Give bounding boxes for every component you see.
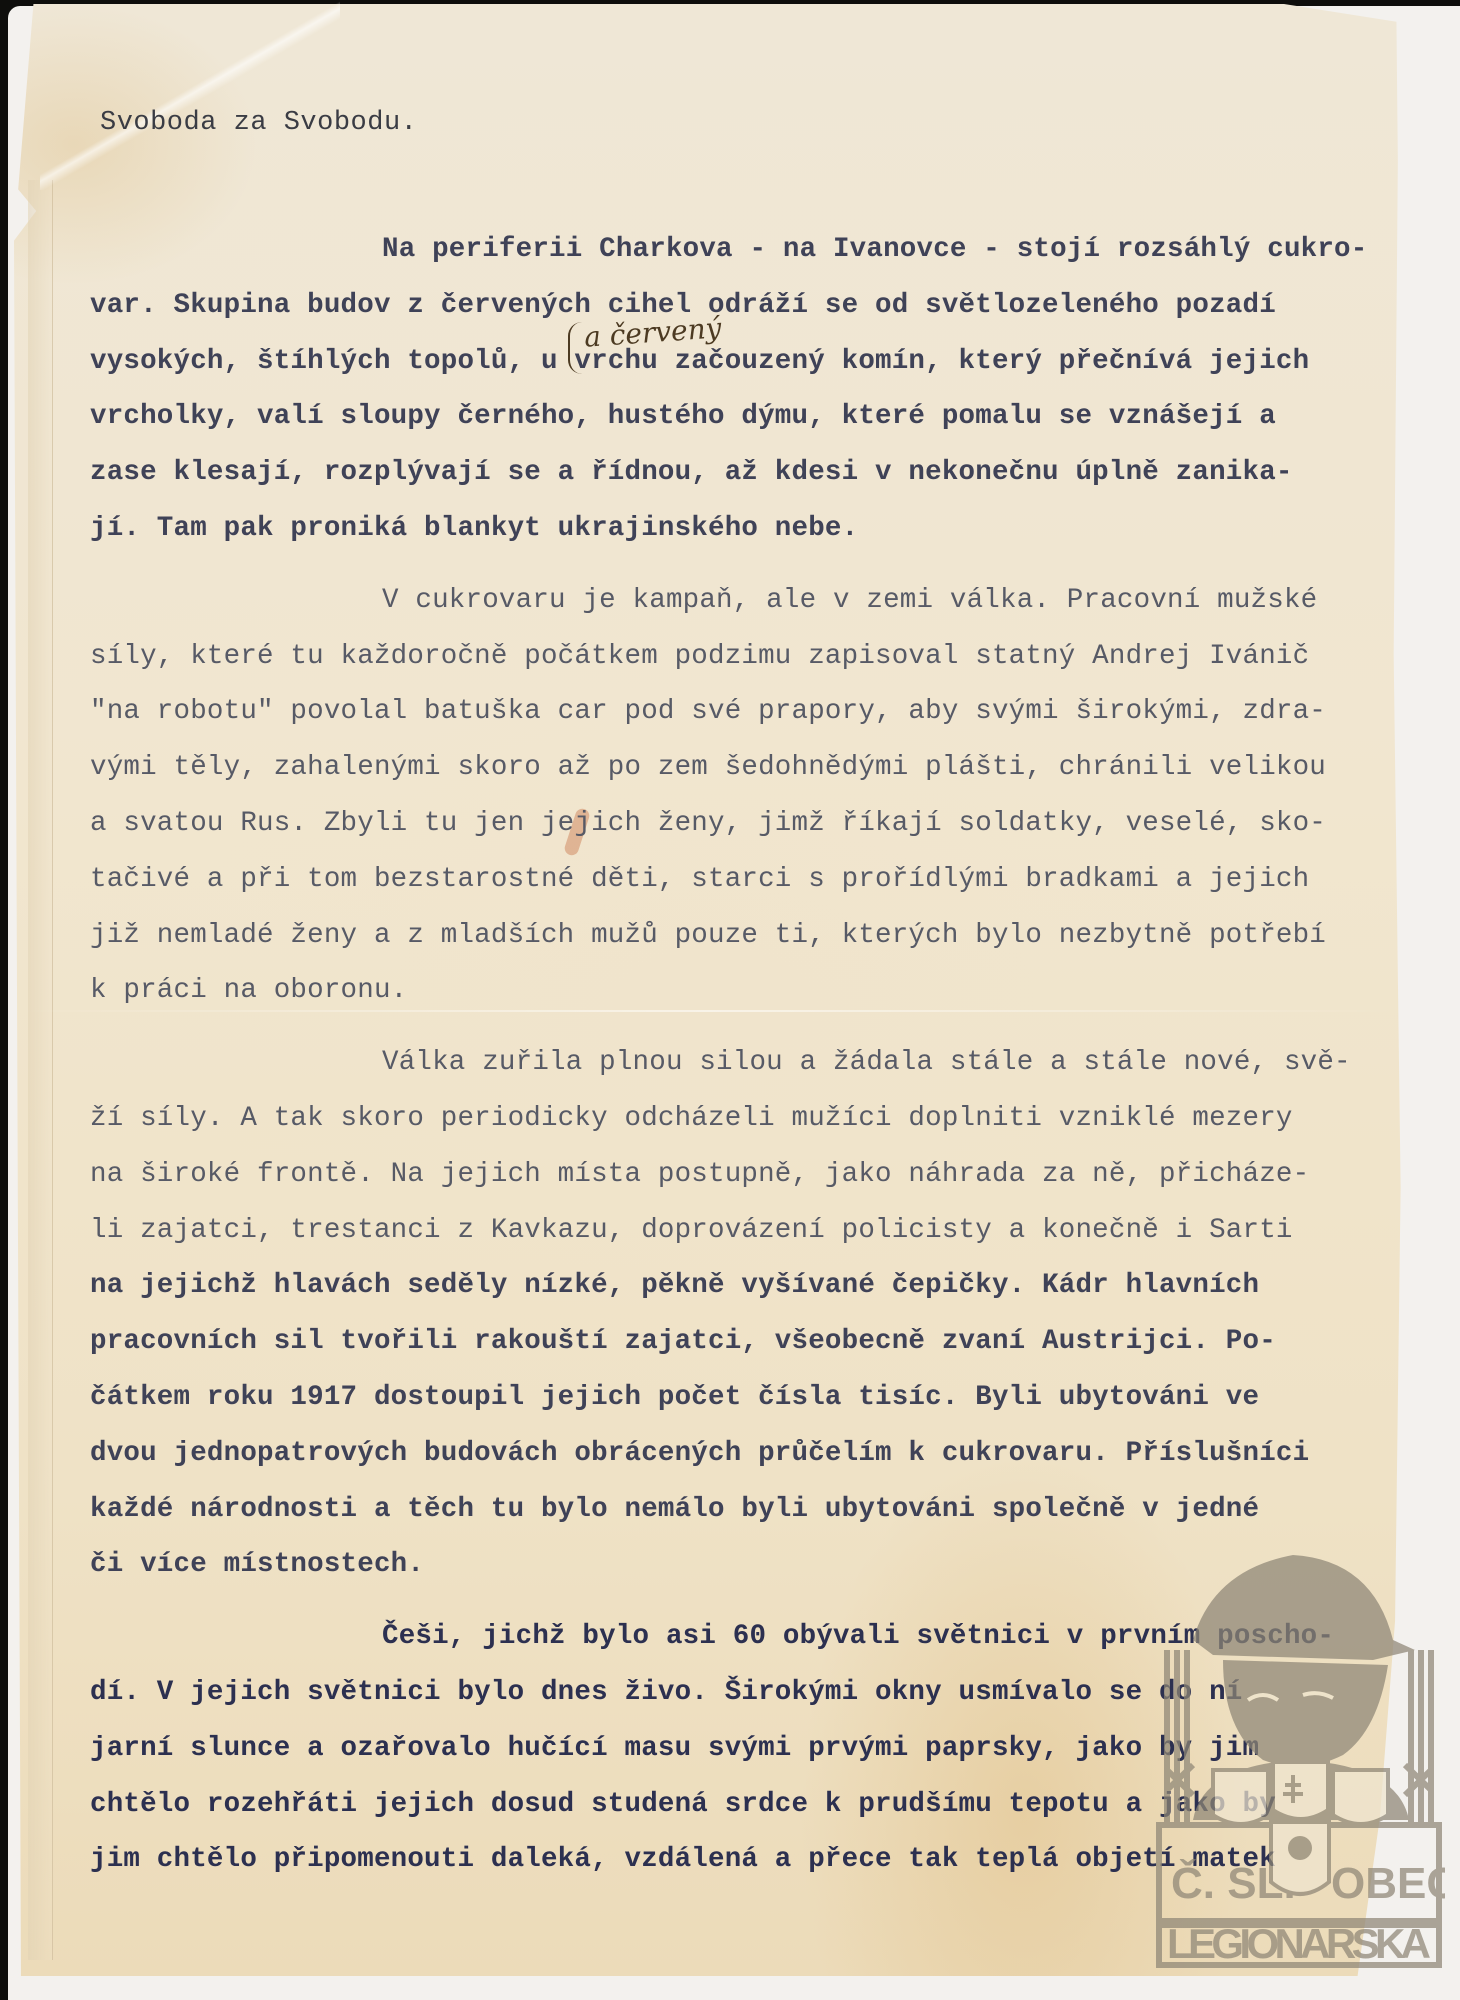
text-line: každé národnosti a těch tu bylo nemálo b… [90, 1482, 1405, 1538]
text-line: na široké frontě. Na jejich místa postup… [90, 1147, 1405, 1203]
text-line: pracovních sil tvořili rakouští zajatci,… [90, 1314, 1405, 1370]
text-line: síly, které tu každoročně počátkem podzi… [90, 629, 1405, 685]
paragraph-2: V cukrovaru je kampaň, ale v zemi válka.… [90, 573, 1405, 1019]
text-line: dvou jednopatrových budovách obrácených … [90, 1426, 1405, 1482]
text-line: již nemladé ženy a z mladších mužů pouze… [90, 908, 1405, 964]
soldier-emblem-icon: Č. SL. OBEC LEGIONÁŘSKÁ [1153, 1530, 1445, 1970]
text-line: a svatou Rus. Zbyli tu jen jejich ženy, … [90, 796, 1405, 852]
logo-text-obec: OBEC [1331, 1859, 1445, 1908]
logo-text-legionarska: LEGIONÁŘSKÁ [1167, 1919, 1431, 1967]
text-line: k práci na oboronu. [90, 963, 1405, 1019]
corner-crease [40, 0, 340, 190]
logo-text-csl: Č. SL. [1171, 1857, 1296, 1908]
document-title: Svoboda za Svobodu. [100, 108, 417, 138]
legion-logo-watermark: Č. SL. OBEC LEGIONÁŘSKÁ [1153, 1530, 1445, 1970]
text-line: čátkem roku 1917 dostoupil jejich počet … [90, 1370, 1405, 1426]
text-line: vrcholky, valí sloupy černého, hustého d… [90, 389, 1405, 445]
text-line: ží síly. A tak skoro periodicky odcházel… [90, 1091, 1405, 1147]
text-line: "na robotu" povolal batuška car pod své … [90, 684, 1405, 740]
paper-fold-strip [28, 180, 53, 1960]
paragraph-1: Na periferii Charkova - na Ivanovce - st… [90, 222, 1405, 557]
text-line: V cukrovaru je kampaň, ale v zemi válka.… [90, 573, 1405, 629]
text-line: zase klesají, rozplývají se a řídnou, až… [90, 445, 1405, 501]
text-line: Válka zuřila plnou silou a žádala stále … [90, 1035, 1405, 1091]
text-line: jí. Tam pak proniká blankyt ukrajinského… [90, 501, 1405, 557]
text-line: vysokých, štíhlých topolů, u vrchu začou… [90, 334, 1405, 390]
paragraph-3: Válka zuřila plnou silou a žádala stále … [90, 1035, 1405, 1593]
text-line: na jejichž hlavách seděly nízké, pěkně v… [90, 1258, 1405, 1314]
text-line: vými těly, zahalenými skoro až po zem še… [90, 740, 1405, 796]
text-line: li zajatci, trestanci z Kavkazu, doprová… [90, 1203, 1405, 1259]
text-line: Na periferii Charkova - na Ivanovce - st… [90, 222, 1405, 278]
text-line: var. Skupina budov z červených cihel odr… [90, 278, 1405, 334]
text-line: tačivé a při tom bezstarostné děti, star… [90, 852, 1405, 908]
